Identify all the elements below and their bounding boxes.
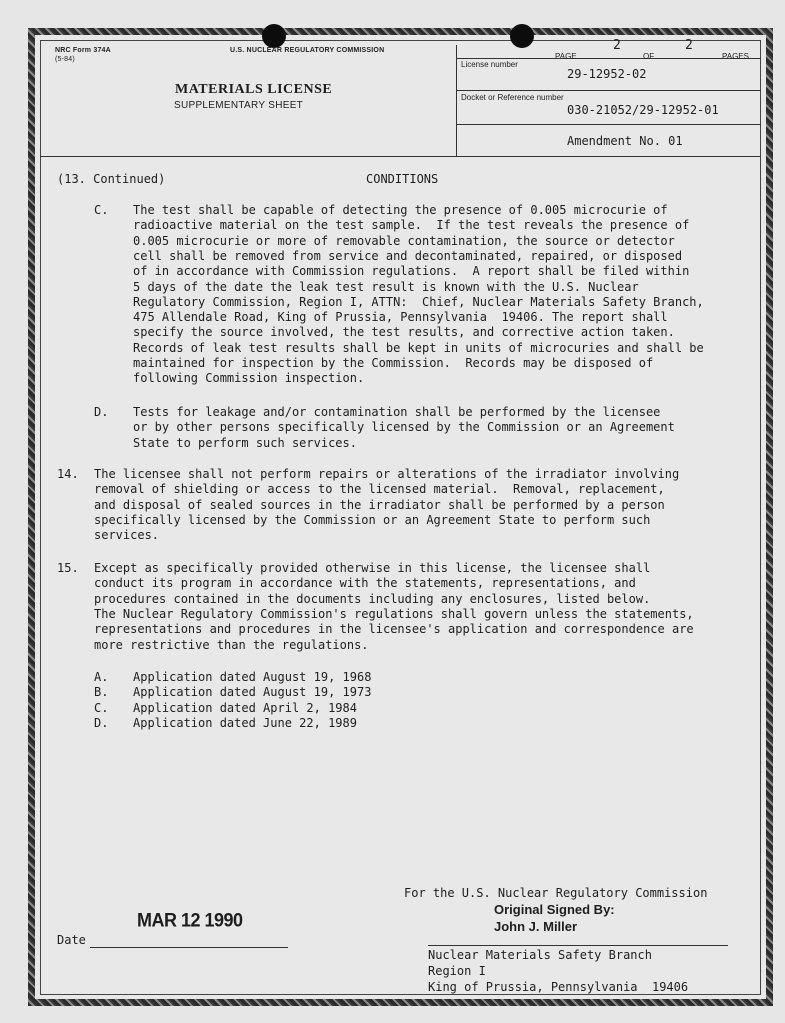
of-label: OF [643,52,654,61]
punch-hole [510,24,534,48]
condition-c-line: The test shall be capable of detecting t… [133,203,668,218]
application-label: A. [94,670,108,685]
condition-15-line: representations and procedures in the li… [94,622,694,637]
condition-d-line: State to perform such services. [133,436,357,451]
date-stamp: MAR 12 1990 [137,909,243,932]
condition-c-line: maintained for inspection by the Commiss… [133,356,653,371]
condition-14-line: specifically licensed by the Commission … [94,513,650,528]
condition-c-line: of in accordance with Commission regulat… [133,264,689,279]
date-label: Date [57,933,86,948]
condition-15-line: The Nuclear Regulatory Commission's regu… [94,607,694,622]
condition-c-line: specify the source involved, the test re… [133,325,675,340]
form-date: (5-84) [55,56,75,63]
continued-label: (13. Continued) [57,172,165,187]
docket-label: Docket or Reference number [461,93,564,102]
condition-15-line: procedures contained in the documents in… [94,592,650,607]
condition-c-line: Regulatory Commission, Region I, ATTN: C… [133,295,704,310]
form-id: NRC Form 374A [55,47,111,54]
for-commission-line: For the U.S. Nuclear Regulatory Commissi… [404,886,707,901]
amendment-number: Amendment No. 01 [567,134,683,148]
header-bottom-rule [40,156,761,157]
header-rule [456,90,761,91]
header-divider [456,45,457,156]
condition-14-label: 14. [57,467,79,482]
condition-c-line: following Commission inspection. [133,371,364,386]
conditions-heading: CONDITIONS [366,172,438,187]
condition-c-line: radioactive material on the test sample.… [133,218,689,233]
application-item: Application dated June 22, 1989 [133,716,357,731]
application-item: Application dated August 19, 1968 [133,670,371,685]
condition-15-label: 15. [57,561,79,576]
condition-c-label: C. [94,203,108,218]
application-label: D. [94,716,108,731]
condition-c-line: 0.005 microcurie or more of removable co… [133,234,675,249]
original-signed-by: Original Signed By: [494,902,615,917]
condition-c-line: Records of leak test results shall be ke… [133,341,704,356]
license-number-label: License number [461,60,518,69]
page-total: 2 [685,38,693,53]
condition-15-line: Except as specifically provided otherwis… [94,561,650,576]
condition-c-line: cell shall be removed from service and d… [133,249,682,264]
page-label: PAGE [555,52,577,61]
condition-14-line: The licensee shall not perform repairs o… [94,467,679,482]
condition-d-line: Tests for leakage and/or contamination s… [133,405,660,420]
application-item: Application dated August 19, 1973 [133,685,371,700]
license-number: 29-12952-02 [567,67,646,81]
condition-14-line: services. [94,528,159,543]
condition-d-line: or by other persons specifically license… [133,420,675,435]
condition-15-line: conduct its program in accordance with t… [94,576,636,591]
region-address: King of Prussia, Pennsylvania 19406 [428,980,688,995]
branch-name: Nuclear Materials Safety Branch [428,948,652,963]
region-name: Region I [428,964,486,979]
form-subtitle: SUPPLEMENTARY SHEET [174,100,303,111]
document-page: NRC Form 374A (5-84) U.S. NUCLEAR REGULA… [0,0,785,1023]
date-line [90,947,288,948]
page-number: 2 [613,38,621,53]
signature-line [428,945,728,946]
condition-c-line: 475 Allendale Road, King of Prussia, Pen… [133,310,668,325]
condition-15-line: more restrictive than the regulations. [94,638,369,653]
application-label: B. [94,685,108,700]
form-title: MATERIALS LICENSE [175,82,332,98]
application-label: C. [94,701,108,716]
condition-d-label: D. [94,405,108,420]
header-rule [456,58,761,59]
signer-name: John J. Miller [494,919,577,934]
agency-name: U.S. NUCLEAR REGULATORY COMMISSION [230,47,384,54]
docket-number: 030-21052/29-12952-01 [567,103,719,117]
header-rule [456,124,761,125]
condition-c-line: 5 days of the date the leak test result … [133,280,639,295]
punch-hole [262,24,286,48]
condition-14-line: removal of shielding or access to the li… [94,482,665,497]
pages-label: PAGES [722,52,749,61]
application-item: Application dated April 2, 1984 [133,701,357,716]
condition-14-line: and disposal of sealed sources in the ir… [94,498,665,513]
